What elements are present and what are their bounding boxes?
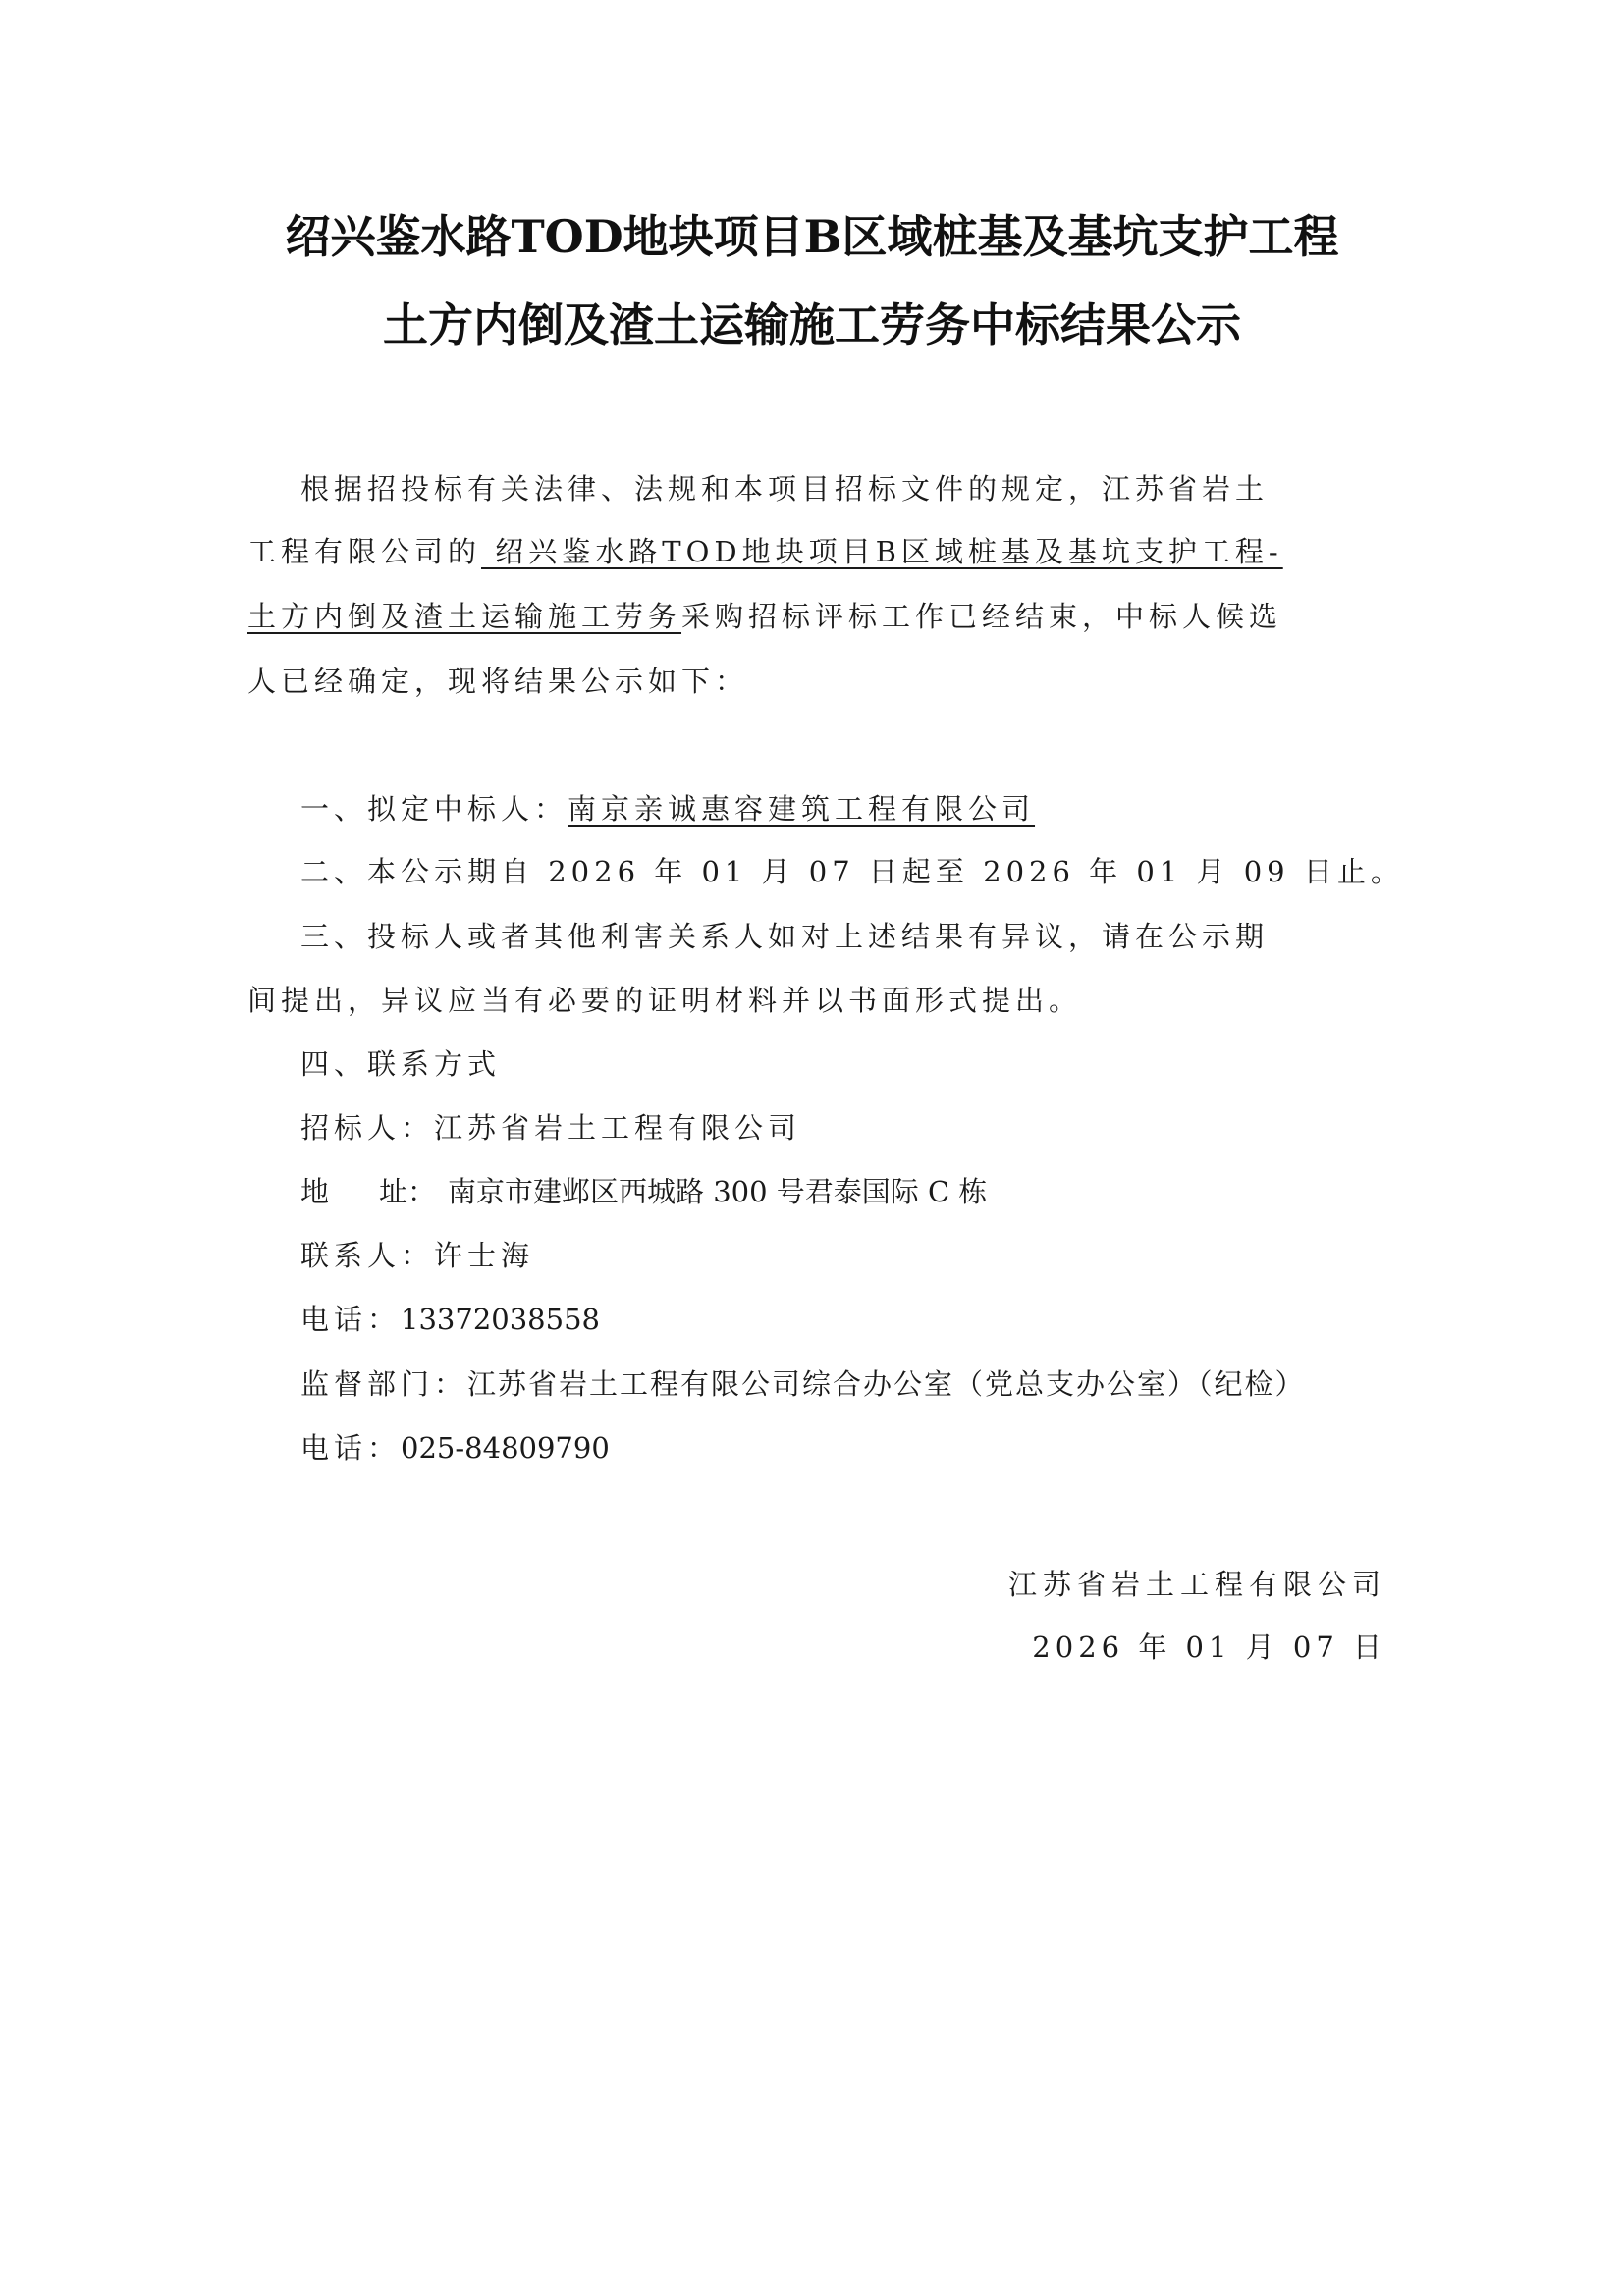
contact-person-label: 联系人：: [300, 1239, 434, 1272]
winning-bidder-label: 一、拟定中标人：: [300, 792, 568, 826]
address-label-a: 地: [300, 1178, 379, 1206]
contact-person-value: 许士海: [434, 1239, 534, 1272]
document-title-line-1: 绍兴鉴水路TOD地块项目B区域桩基及基坑支护工程: [236, 214, 1388, 259]
winning-bidder-value: 南京亲诚惠容建筑工程有限公司: [568, 792, 1035, 826]
intro-line-2: 工程有限公司的 绍兴鉴水路TOD地块项目B区域桩基及基坑支护工程-: [247, 538, 1283, 566]
signature-date: 2026 年 01 月 07 日: [1032, 1626, 1386, 1666]
contact-phone-2: 电话：025-84809790: [300, 1434, 610, 1463]
document-page: 绍兴鉴水路TOD地块项目B区域桩基及基坑支护工程 土方内倒及渣土运输施工劳务中标…: [0, 0, 1624, 2296]
project-name-underlined-1: 绍兴鉴水路TOD地块项目B区域桩基及基坑支护工程-: [481, 535, 1283, 568]
address-label-b: 址：: [379, 1175, 436, 1208]
tenderer-label: 招标人：: [300, 1111, 434, 1145]
item-winning-bidder: 一、拟定中标人：南京亲诚惠容建筑工程有限公司: [300, 795, 1035, 824]
contact-supervision: 监督部门：江苏省岩土工程有限公司综合办公室（党总支办公室）（纪检）: [300, 1370, 1306, 1399]
supervision-label: 监督部门：: [300, 1367, 467, 1401]
intro-line-3: 土方内倒及渣土运输施工劳务采购招标评标工作已经结束，中标人候选: [247, 603, 1282, 631]
contact-person: 联系人：许士海: [300, 1242, 534, 1270]
contact-address: 地址：南京市建邺区西城路 300 号君泰国际 C 栋: [300, 1178, 987, 1206]
phone-label: 电话：: [300, 1303, 401, 1336]
contact-phone: 电话：13372038558: [300, 1306, 600, 1334]
intro-line-4: 人已经确定，现将结果公示如下：: [247, 667, 748, 696]
intro-line-1: 根据招投标有关法律、法规和本项目招标文件的规定，江苏省岩土: [300, 475, 1269, 504]
phone2-label: 电话：: [300, 1431, 401, 1465]
address-value: 南京市建邺区西城路 300 号君泰国际 C 栋: [448, 1175, 987, 1208]
contact-tenderer: 招标人：江苏省岩土工程有限公司: [300, 1114, 801, 1143]
item-publicity-period: 二、本公示期自 2026 年 01 月 07 日起至 2026 年 01 月 0…: [300, 858, 1404, 886]
document-title-line-2: 土方内倒及渣土运输施工劳务中标结果公示: [236, 302, 1388, 347]
item-objection-line-2: 间提出，异议应当有必要的证明材料并以书面形式提出。: [247, 987, 1082, 1015]
signature-company: 江苏省岩土工程有限公司: [1008, 1563, 1386, 1603]
project-name-underlined-2: 土方内倒及渣土运输施工劳务: [247, 600, 681, 633]
phone2-value: 025-84809790: [401, 1431, 610, 1465]
supervision-value: 江苏省岩土工程有限公司综合办公室（党总支办公室）（纪检）: [467, 1367, 1306, 1401]
intro-line-2-prefix: 工程有限公司的: [247, 535, 481, 568]
tenderer-value: 江苏省岩土工程有限公司: [434, 1111, 801, 1145]
phone-value: 13372038558: [401, 1303, 600, 1336]
item-contact-heading: 四、联系方式: [300, 1050, 501, 1079]
item-objection-line-1: 三、投标人或者其他利害关系人如对上述结果有异议，请在公示期: [300, 923, 1269, 951]
intro-line-3-suffix: 采购招标评标工作已经结束，中标人候选: [681, 600, 1282, 633]
